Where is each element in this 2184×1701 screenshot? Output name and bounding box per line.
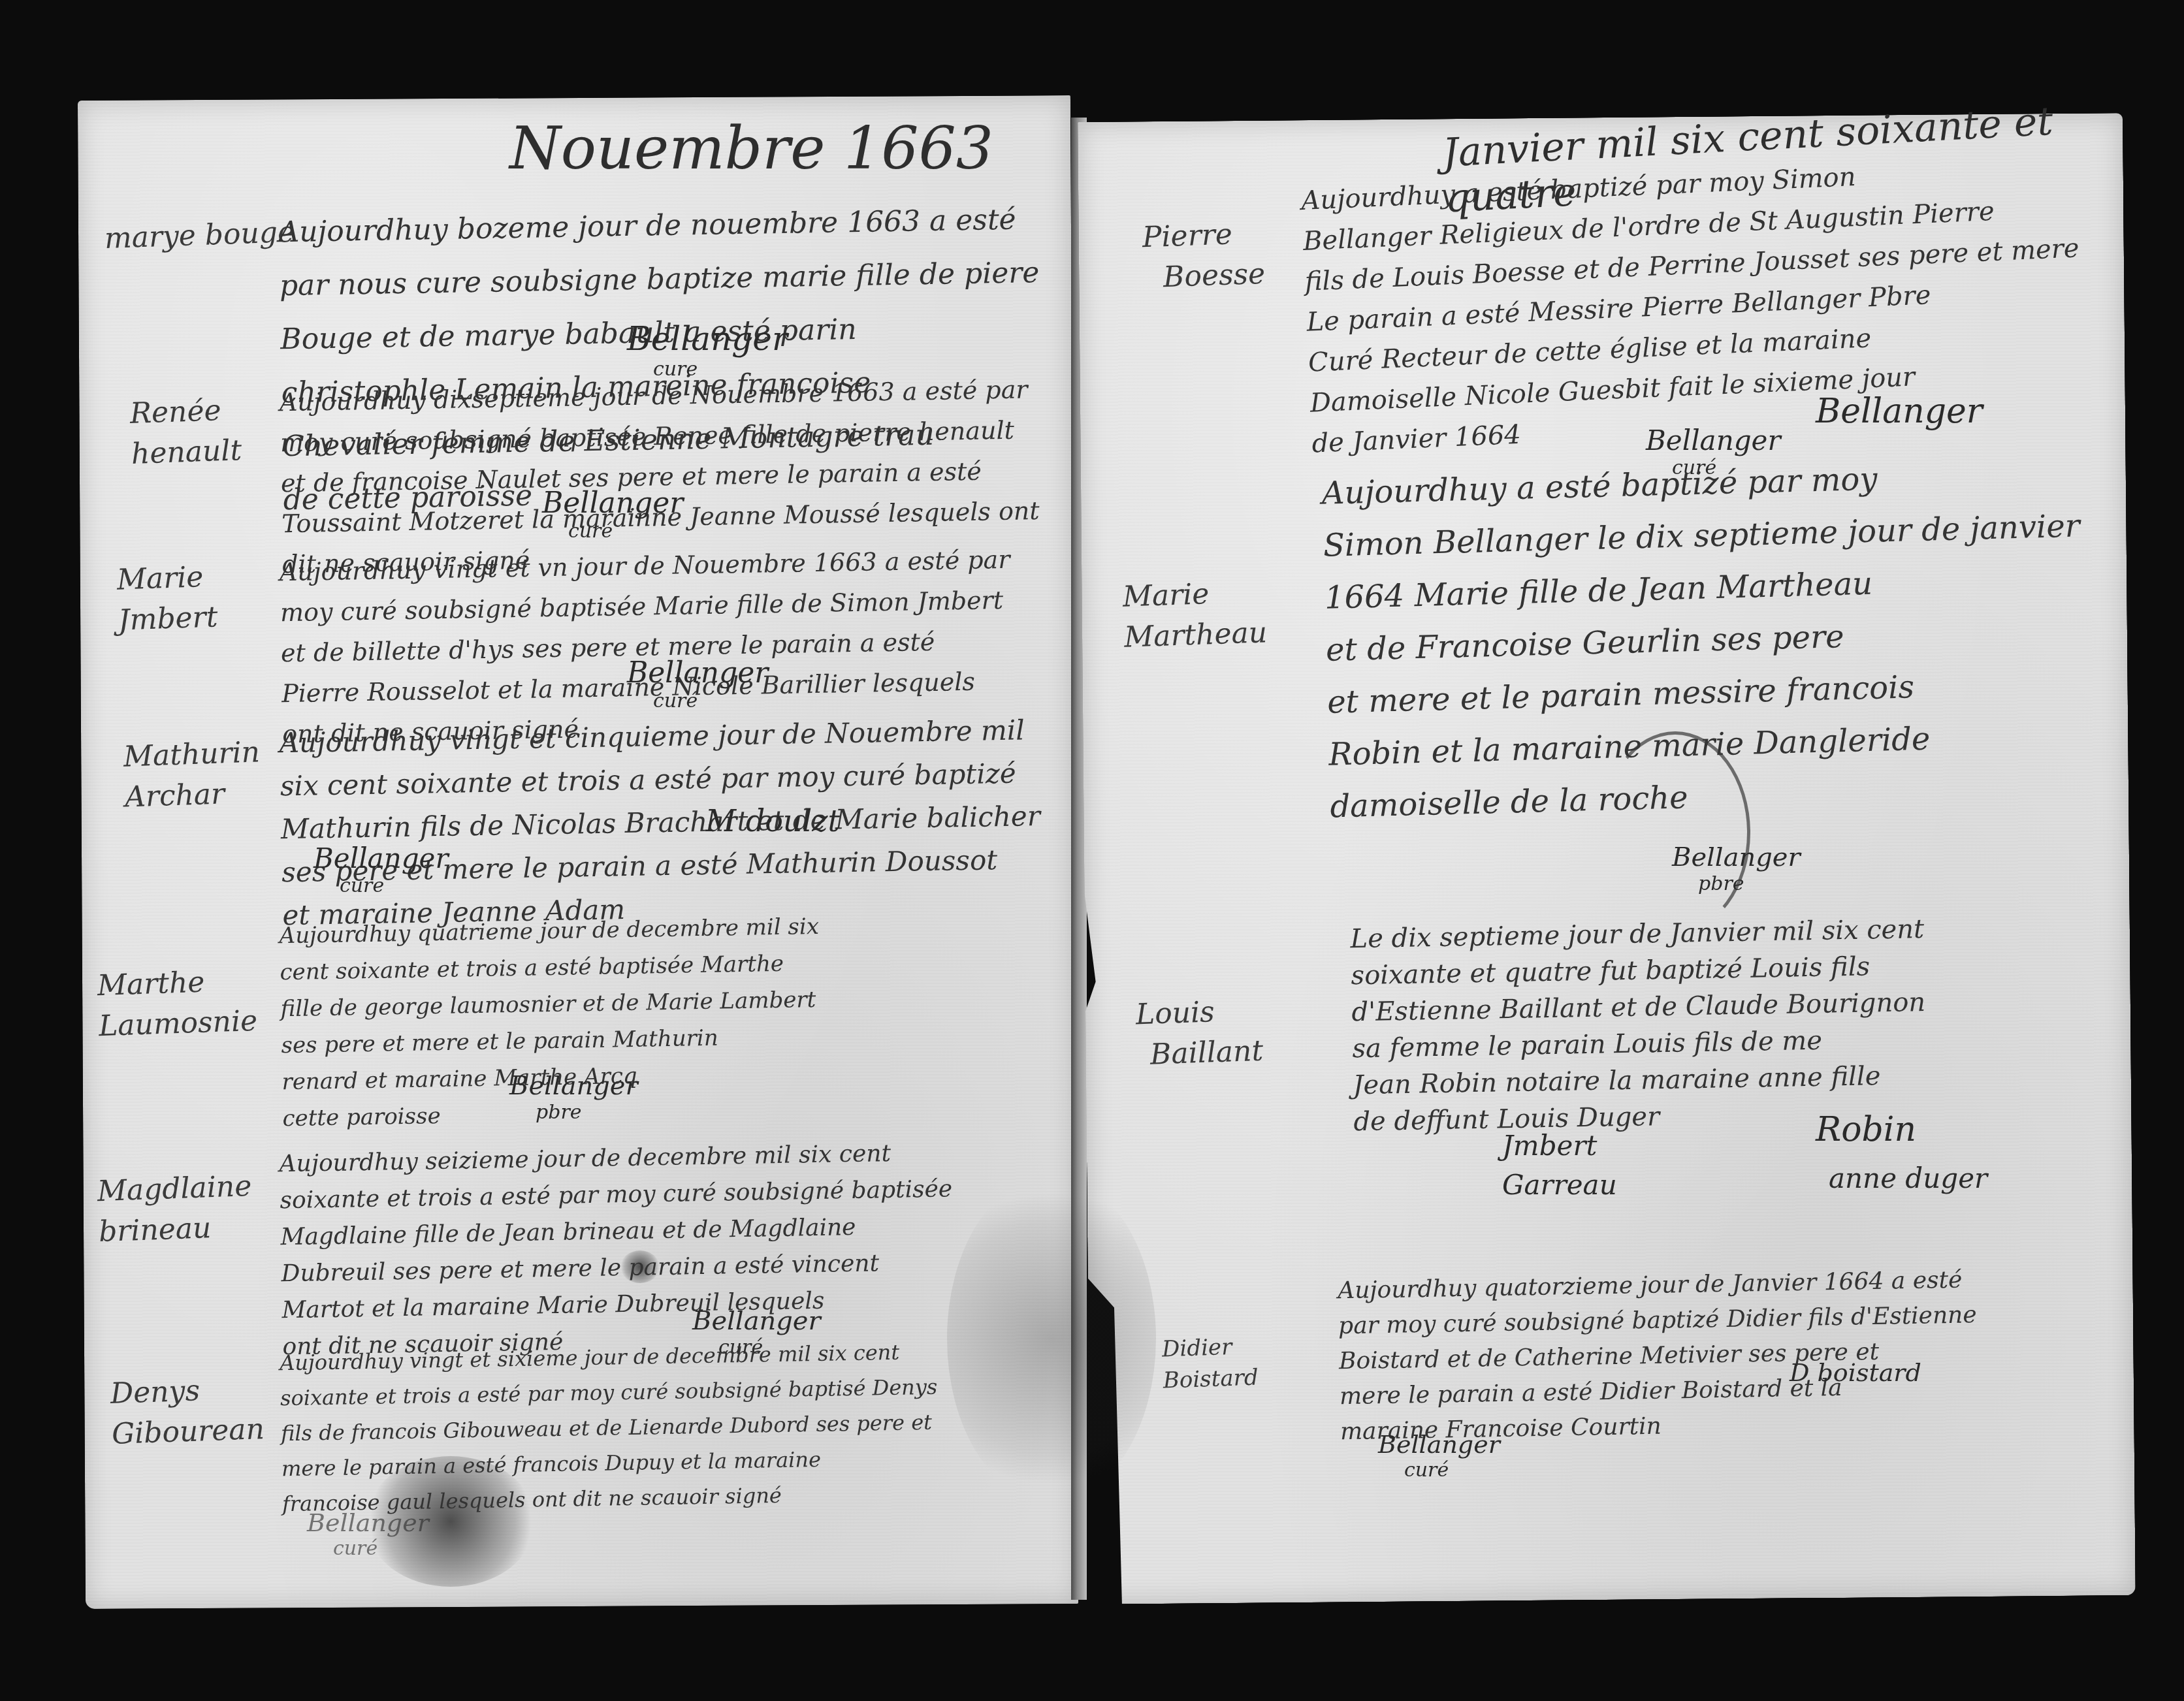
register-entry: Aujourdhuy vingt et sixieme jour de dece… [280,1332,1053,1522]
witness-signature: Bellanger [1816,392,1983,431]
margin-name: Denys Gibourean [110,1369,265,1455]
witness-signature: Jmbert [1502,1130,1597,1162]
priest-signature: Bellanger curé [627,656,768,712]
priest-signature: Bellanger curé [1378,1430,1500,1482]
witness-signature: M doulzt [705,803,840,838]
priest-signature: Bellanger curé [307,1508,429,1560]
register-entry: Aujourdhuy seizieme jour de decembre mil… [279,1133,1053,1366]
witness-signature: Garreau [1502,1169,1617,1201]
margin-name: Marie Martheau [1122,572,1268,658]
margin-name: Didier Boistard [1161,1330,1259,1396]
left-page-header: Nouembre 1663 [509,114,993,183]
witness-signature: Robin [1816,1110,1916,1149]
margin-name: marye bouge [104,212,295,259]
margin-name: Pierre Boesse [1142,214,1266,298]
priest-signature: Bellanger pbre [509,1071,638,1124]
register-entry: Aujourdhuy quatorzieme jour de Janvier 1… [1338,1260,2112,1450]
margin-name: Renée henault [129,390,242,475]
witness-signature: anne duger [1829,1162,1987,1194]
margin-name: Marie Jmbert [116,556,219,641]
witness-signature: D boistard [1790,1358,1921,1387]
margin-name: Mathurin Archar [123,732,262,818]
register-entry: Aujourdhuy quatrieme jour de decembre mi… [279,904,1053,1137]
register-entry: Aujourdhuy a esté baptizé par moy Simon … [1300,146,2115,464]
priest-signature: Bellanger pbre [1672,842,1801,895]
priest-signature: Bellanger cure [627,320,788,381]
margin-name: Louis Baillant [1135,991,1264,1076]
signature-flourish [1600,731,1750,934]
register-entry: Aujourdhuy vingt et cinquieme jour de No… [279,708,1053,938]
priest-signature: Bellanger curé [542,486,683,543]
register-entry: Le dix septieme jour de Janvier mil six … [1350,908,2125,1141]
priest-signature: Bellanger cure [313,842,449,897]
margin-name: Magdlaine brineau [97,1166,254,1252]
margin-name: Marthe Laumosnie [97,961,258,1047]
